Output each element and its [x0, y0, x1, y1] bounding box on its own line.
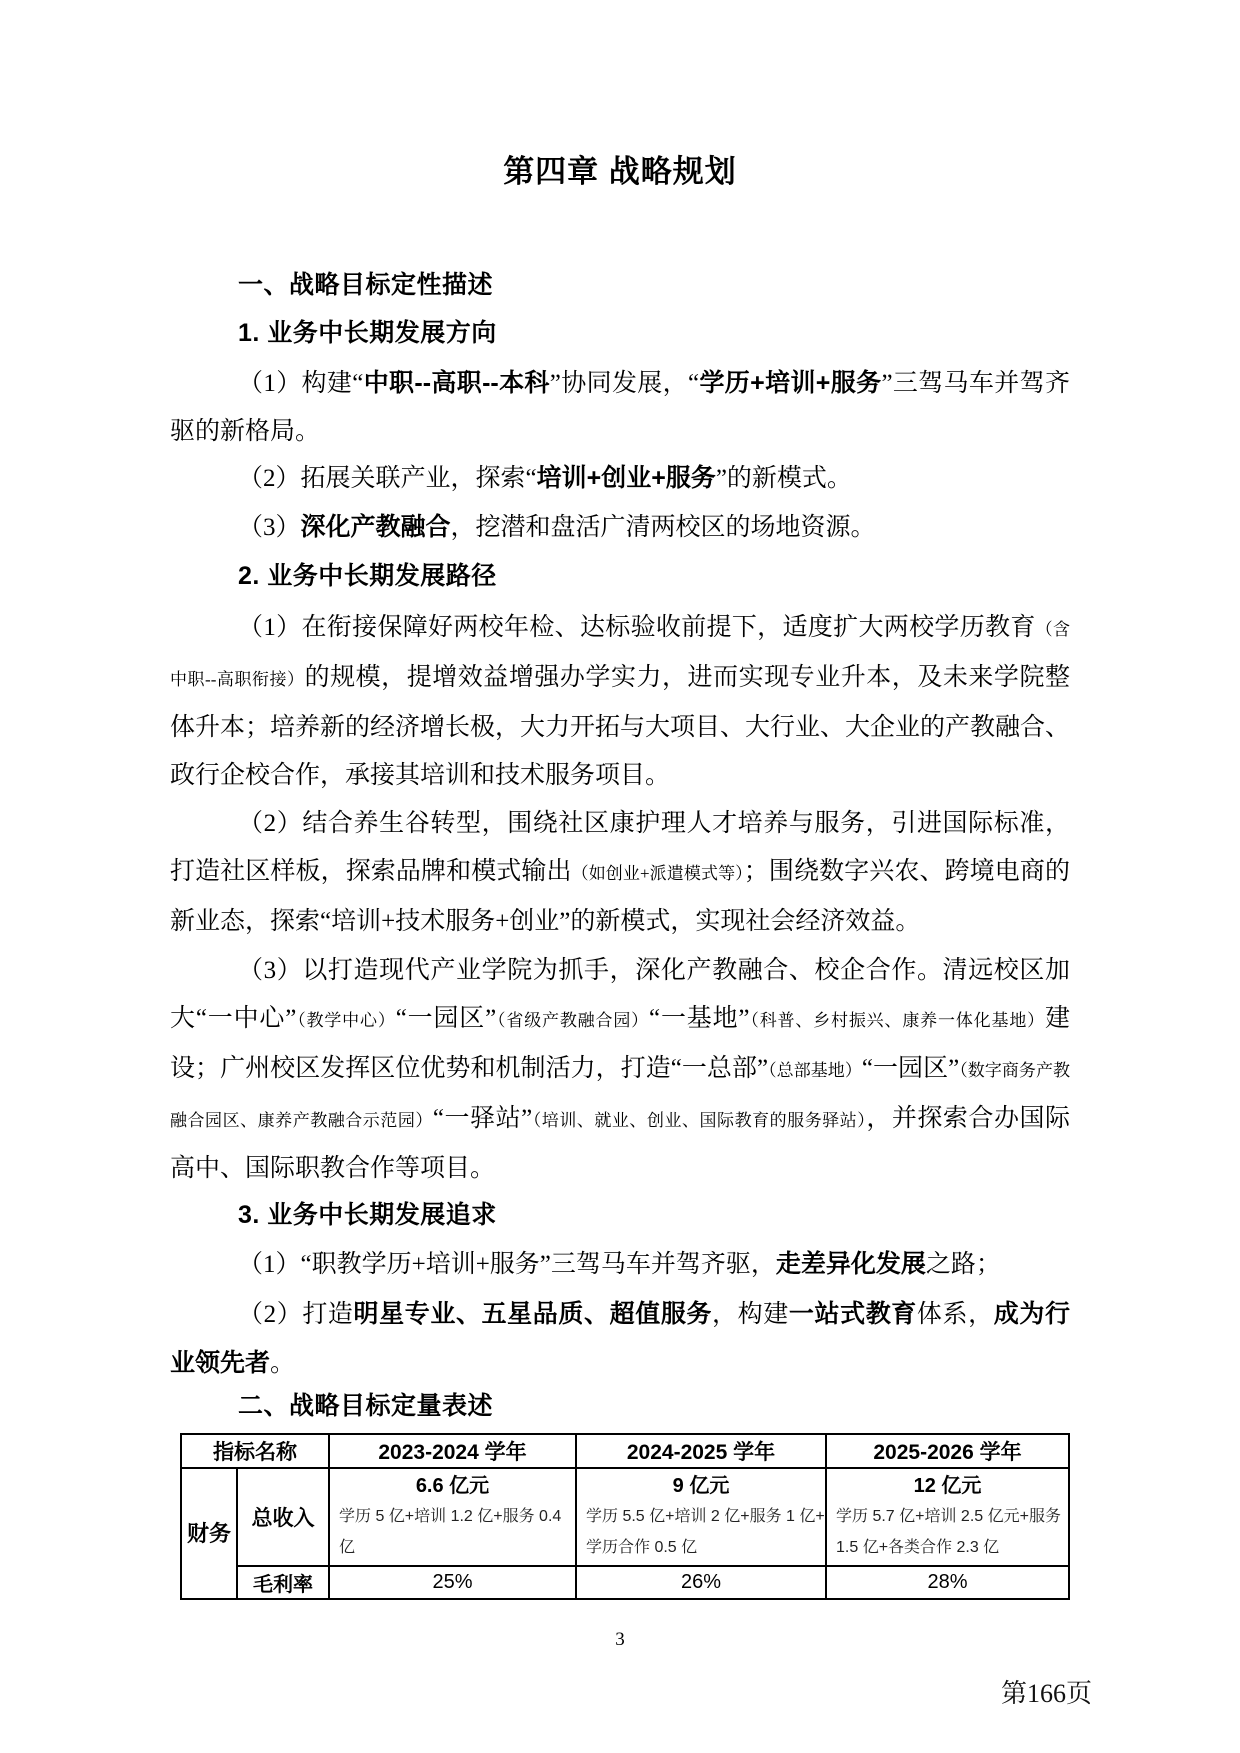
cell-category-finance: 财务 — [181, 1468, 237, 1599]
cell-income-2024: 9 亿元 学历 5.5 亿+培训 2 亿+服务 1 亿+ 学历合作 0.5 亿 — [576, 1468, 826, 1566]
income-2023-main: 6.6 亿元 — [330, 1471, 575, 1501]
heading-qualitative-goals: 一、战略目标定性描述 — [170, 261, 1070, 309]
paragraph-direction-1: （1）构建“中职--高职--本科”协同发展，“学历+培训+服务”三驾马车并驾齐驱… — [170, 359, 1070, 456]
cell-income-2023: 6.6 亿元 学历 5 亿+培训 1.2 亿+服务 0.4 亿 — [329, 1468, 576, 1566]
paragraph-pursuit-2: （2）打造明星专业、五星品质、超值服务，构建一站式教育体系，成为行业领先者。 — [170, 1290, 1070, 1388]
paragraph-pursuit-1: （1）“职教学历+培训+服务”三驾马车并驾齐驱，走差异化发展之路； — [170, 1240, 1070, 1289]
header-year-2024-2025: 2024-2025 学年 — [576, 1434, 826, 1468]
header-indicator-name: 指标名称 — [181, 1434, 329, 1468]
income-2025-main: 12 亿元 — [827, 1471, 1068, 1501]
heading-development-direction: 1. 业务中长期发展方向 — [170, 309, 1070, 357]
table-row-gross-margin: 毛利率 25% 26% 28% — [181, 1566, 1069, 1599]
income-2024-detail-2: 学历合作 0.5 亿 — [577, 1532, 825, 1563]
cell-income-2025: 12 亿元 学历 5.7 亿+培训 2.5 亿元+服务 1.5 亿+各类合作 2… — [826, 1468, 1069, 1566]
page-stamp-label: 第166页 — [1001, 1678, 1092, 1710]
heading-development-path: 2. 业务中长期发展路径 — [170, 552, 1070, 600]
paragraph-path-1: （1）在衔接保障好两校年检、达标验收前提下，适度扩大两校学历教育（含中职--高职… — [170, 604, 1070, 800]
income-2025-detail-1: 学历 5.7 亿+培训 2.5 亿元+服务 — [827, 1501, 1068, 1532]
income-2024-main: 9 亿元 — [577, 1471, 825, 1501]
cell-margin-2024: 26% — [576, 1566, 826, 1599]
footer-page-number: 3 — [170, 1628, 1070, 1652]
header-year-2025-2026: 2025-2026 学年 — [826, 1434, 1069, 1468]
heading-development-pursuit: 3. 业务中长期发展追求 — [170, 1191, 1070, 1239]
document-page: 第四章 战略规划 一、战略目标定性描述 1. 业务中长期发展方向 （1）构建“中… — [0, 0, 1240, 1753]
header-year-2023-2024: 2023-2024 学年 — [329, 1434, 576, 1468]
table-header-row: 指标名称 2023-2024 学年 2024-2025 学年 2025-2026… — [181, 1434, 1069, 1468]
income-2025-detail-2: 1.5 亿+各类合作 2.3 亿 — [827, 1532, 1068, 1563]
table-row-income: 财务 总收入 6.6 亿元 学历 5 亿+培训 1.2 亿+服务 0.4 亿 9… — [181, 1468, 1069, 1566]
cell-margin-2025: 28% — [826, 1566, 1069, 1599]
paragraph-direction-3: （3）深化产教融合，挖潜和盘活广清两校区的场地资源。 — [170, 503, 1070, 552]
quantitative-goals-table: 指标名称 2023-2024 学年 2024-2025 学年 2025-2026… — [180, 1433, 1070, 1600]
paragraph-direction-2: （2）拓展关联产业，探索“培训+创业+服务”的新模式。 — [170, 454, 1070, 503]
paragraph-path-2: （2）结合养生谷转型，围绕社区康护理人才培养与服务，引进国际标准，打造社区样板，… — [170, 800, 1070, 946]
chapter-title: 第四章 战略规划 — [170, 150, 1070, 194]
income-2024-detail-1: 学历 5.5 亿+培训 2 亿+服务 1 亿+ — [577, 1501, 825, 1532]
paragraph-path-3: （3）以打造现代产业学院为抓手，深化产教融合、校企合作。清远校区加大“一中心”（… — [170, 947, 1070, 1193]
cell-label-total-income: 总收入 — [237, 1468, 329, 1566]
heading-quantitative-goals: 二、战略目标定量表述 — [170, 1382, 1070, 1430]
income-2023-detail: 学历 5 亿+培训 1.2 亿+服务 0.4 亿 — [330, 1501, 575, 1563]
cell-margin-2023: 25% — [329, 1566, 576, 1599]
cell-label-gross-margin: 毛利率 — [237, 1566, 329, 1599]
